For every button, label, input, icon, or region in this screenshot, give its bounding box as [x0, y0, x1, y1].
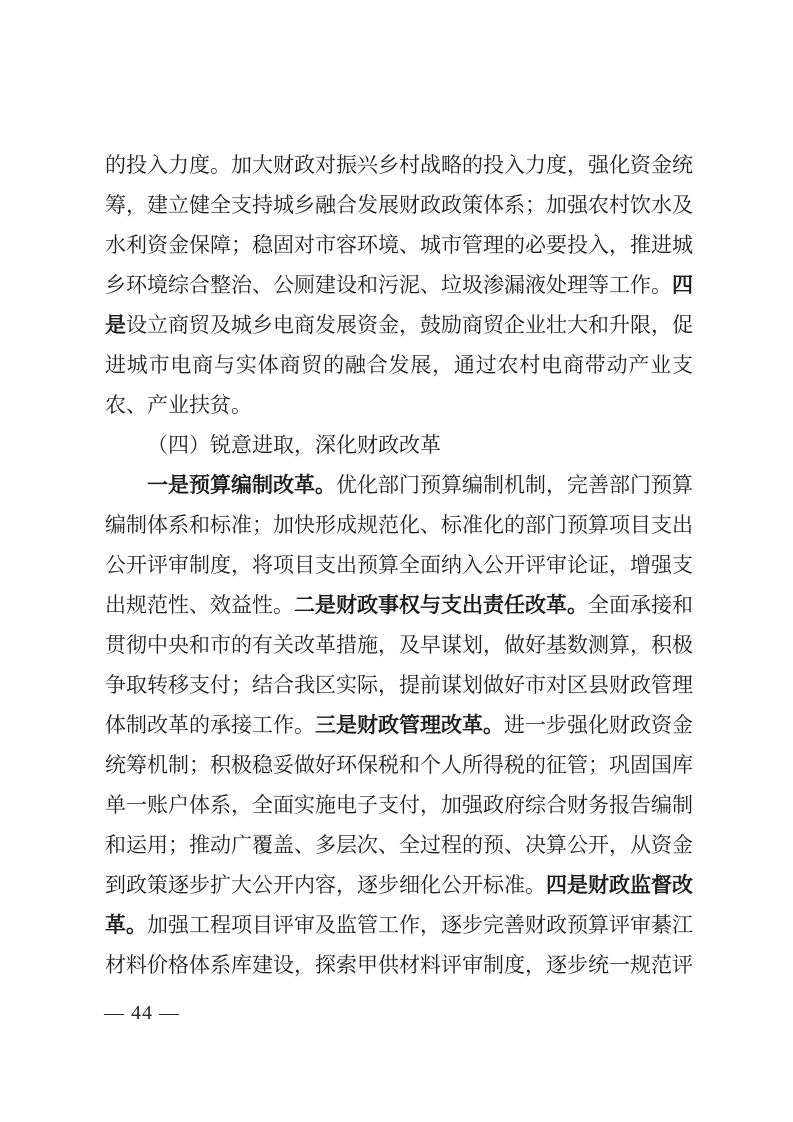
document-body: 的投入力度。加大财政对振兴乡村战略的投入力度，强化资金统筹，建立健全支持城乡融合… [105, 145, 693, 985]
text-run: 设立商贸及城乡电商发展资金，鼓励商贸企业壮大和升限，促进城市电商与实体商贸的融合… [105, 313, 693, 417]
body-paragraph: 的投入力度。加大财政对振兴乡村战略的投入力度，强化资金统筹，建立健全支持城乡融合… [105, 145, 693, 425]
section-heading: （四）锐意进取，深化财政改革 [105, 425, 693, 465]
text-run: 进一步强化财政资金统筹机制；积极稳妥做好环保税和个人所得税的征管；巩固国库单一账… [105, 713, 693, 897]
body-paragraph: 一是预算编制改革。优化部门预算编制机制，完善部门预算编制体系和标准；加快形成规范… [105, 465, 693, 985]
page-number: — 44 — [104, 998, 180, 1028]
document-page: 的投入力度。加大财政对振兴乡村战略的投入力度，强化资金统筹，建立健全支持城乡融合… [0, 0, 793, 1122]
text-run: 加强工程项目评审及监管工作，逐步完善财政预算评审綦江材料价格体系库建设，探索甲供… [105, 913, 693, 977]
text-run: （四）锐意进取，深化财政改革 [147, 433, 441, 457]
text-run: 的投入力度。加大财政对振兴乡村战略的投入力度，强化资金统筹，建立健全支持城乡融合… [105, 153, 693, 297]
bold-text-run: 二是财政事权与支出责任改革。 [294, 593, 588, 617]
bold-text-run: 三是财政管理改革。 [315, 713, 504, 737]
bold-text-run: 一是预算编制改革。 [147, 473, 336, 497]
